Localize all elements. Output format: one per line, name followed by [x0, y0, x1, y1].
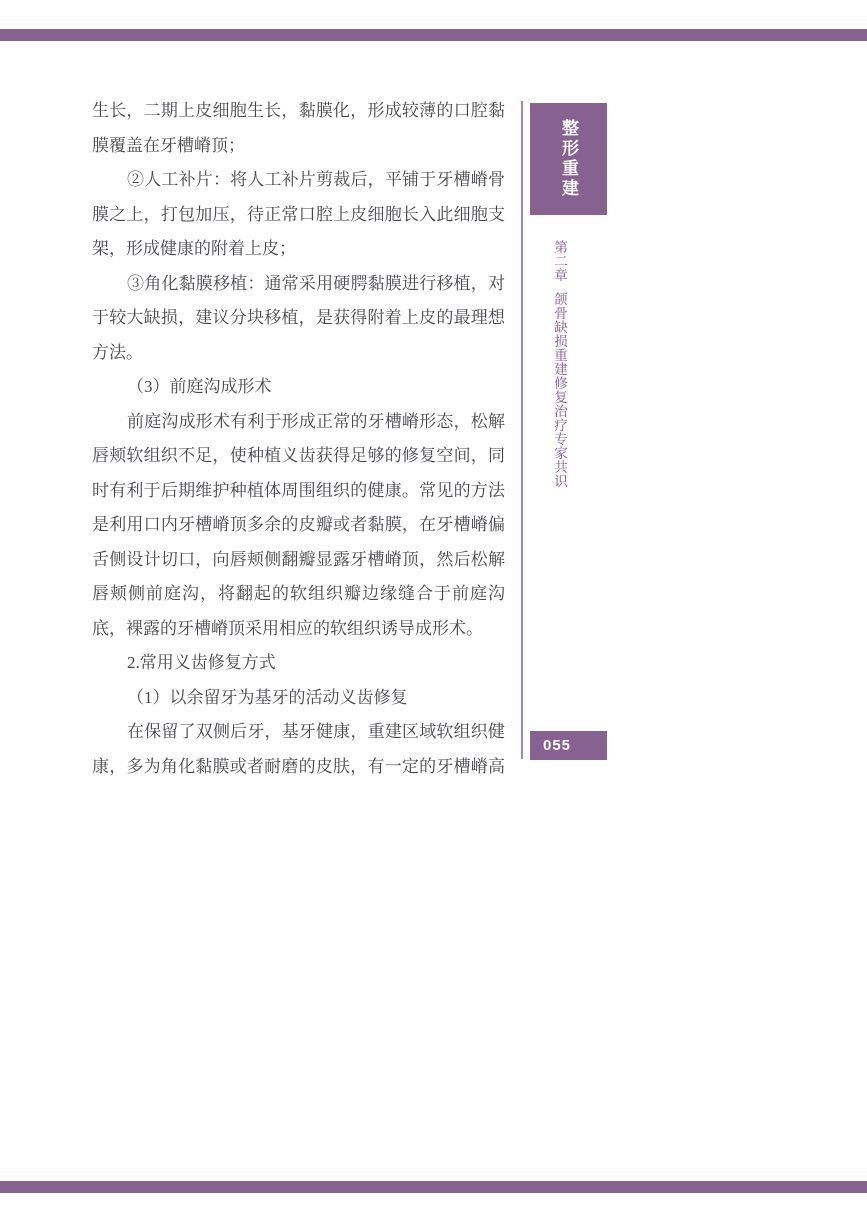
text-line: 底，裸露的牙槽嵴顶采用相应的软组织诱导成形术。	[92, 612, 505, 647]
body-text-block: 生长，二期上皮细胞生长，黏膜化，形成较薄的口腔黏膜覆盖在牙槽嵴顶；②人工补片：将…	[92, 94, 505, 784]
text-line: 唇颊侧前庭沟，将翻起的软组织瓣边缘缝合于前庭沟	[92, 577, 505, 612]
page-number-badge: 055	[530, 731, 607, 760]
chapter-title: 颌骨缺损重建修复治疗专家共识	[546, 292, 572, 488]
text-line: ②人工补片：将人工补片剪裁后，平铺于牙槽嵴骨	[92, 163, 505, 198]
page-number: 055	[543, 737, 571, 754]
text-line: 是利用口内牙槽嵴顶多余的皮瓣或者黏膜，在牙槽嵴偏	[92, 508, 505, 543]
bottom-page-rule	[0, 1181, 867, 1193]
text-line: 于较大缺损，建议分块移植，是获得附着上皮的最理想	[92, 301, 505, 336]
series-title: 整形重建	[556, 119, 581, 199]
text-line: 架，形成健康的附着上皮；	[92, 232, 505, 267]
text-line: 时有利于后期维护种植体周围组织的健康。常见的方法	[92, 474, 505, 509]
series-title-box: 整形重建	[530, 103, 607, 215]
text-line: 方法。	[92, 336, 505, 371]
text-line: （1）以余留牙为基牙的活动义齿修复	[92, 681, 505, 716]
text-line: 生长，二期上皮细胞生长，黏膜化，形成较薄的口腔黏	[92, 94, 505, 129]
text-line: 在保留了双侧后牙，基牙健康，重建区域软组织健	[92, 715, 505, 750]
top-page-rule	[0, 29, 867, 41]
sidebar-divider-line	[521, 101, 523, 759]
chapter-heading-vertical: 第二章 颌骨缺损重建修复治疗专家共识	[546, 240, 572, 760]
text-line: ③角化黏膜移植：通常采用硬腭黏膜进行移植，对	[92, 267, 505, 302]
text-line: （3）前庭沟成形术	[92, 370, 505, 405]
text-line: 膜覆盖在牙槽嵴顶；	[92, 129, 505, 164]
text-line: 前庭沟成形术有利于形成正常的牙槽嵴形态，松解	[92, 405, 505, 440]
text-line: 2.常用义齿修复方式	[92, 646, 505, 681]
text-line: 唇颊软组织不足，使种植义齿获得足够的修复空间，同	[92, 439, 505, 474]
chapter-number: 第二章	[546, 240, 572, 282]
text-line: 膜之上，打包加压，待正常口腔上皮细胞长入此细胞支	[92, 198, 505, 233]
text-line: 舌侧设计切口，向唇颊侧翻瓣显露牙槽嵴顶，然后松解	[92, 543, 505, 578]
text-line: 康，多为角化黏膜或者耐磨的皮肤，有一定的牙槽嵴高	[92, 750, 505, 785]
